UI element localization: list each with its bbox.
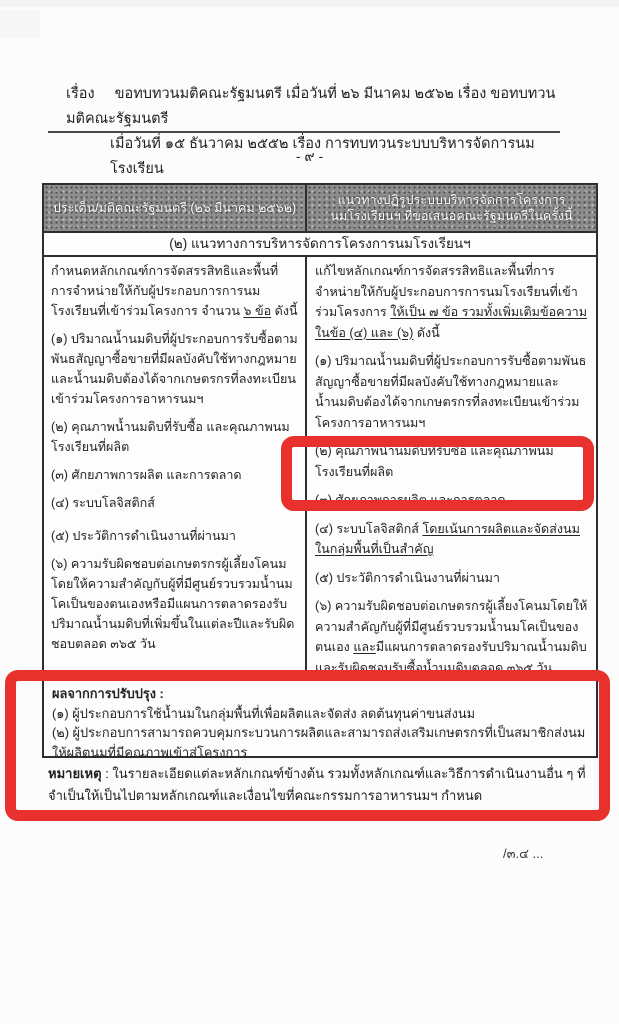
left-item-1: (๑) ปริมาณน้ำนมดิบที่ผู้ประกอบการรับซื้อ… — [51, 329, 298, 409]
left-item-4: (๔) ระบบโลจิสติกส์ — [51, 493, 298, 513]
right-item-2: (๒) คุณภาพน้ำนมดิบที่รับซื้อ และคุณภาพนม… — [315, 441, 589, 482]
table-section-title: (๒) แนวทางการบริหารจัดการโครงการนมโรงเรี… — [44, 233, 596, 257]
subject-line-1: เรื่อง ขอทบทวนมติคณะรัฐมนตรี เมื่อวันที่… — [66, 82, 566, 132]
right-item-6: (๖) ความรับผิดชอบต่อเกษตรกรผู้เลี้ยงโคนม… — [315, 596, 589, 678]
comparison-table: ประเด็น/มติคณะรัฐมนตรี (๒๖ มีนาคม ๒๕๖๒) … — [42, 183, 598, 758]
footnote-text: : ในรายละเอียดแต่ละหลักเกณฑ์ข้างต้น รวมท… — [48, 766, 586, 803]
result-item-2: (๒) ผู้ประกอบการสามารถควบคุมกระบวนการผลิ… — [52, 723, 588, 758]
page-number: - ๙ - — [0, 146, 619, 168]
scanned-document-page: เรื่อง ขอทบทวนมติคณะรัฐมนตรี เมื่อวันที่… — [0, 0, 619, 1024]
left-item-6: (๖) ความรับผิดชอบต่อเกษตรกรผู้เลี้ยงโคนม… — [51, 554, 298, 654]
result-item-1: (๑) ผู้ประกอบการใช้น้ำนมในกลุ่มพื้นที่เพ… — [52, 704, 588, 724]
table-body-row: กำหนดหลักเกณฑ์การจัดสรรสิทธิและพื้นที่กา… — [44, 257, 596, 679]
table-header-right-line2: นมโรงเรียนฯ ที่ขอเสนอคณะรัฐมนตรีในครั้งน… — [330, 208, 572, 224]
continuation-mark: /๓.๔ ... — [503, 843, 543, 864]
left-intro: กำหนดหลักเกณฑ์การจัดสรรสิทธิและพื้นที่กา… — [51, 261, 298, 321]
right-item-1: (๑) ปริมาณน้ำนมดิบที่ผู้ประกอบการรับซื้อ… — [315, 351, 589, 433]
right-item-3: (๓) ศักยภาพการผลิต และการตลาด — [315, 490, 589, 511]
scan-edge-band — [0, 0, 619, 7]
right-item-4: (๔) ระบบโลจิสติกส์ โดยเน้นการผลิตและจัดส… — [315, 519, 589, 560]
table-header-row: ประเด็น/มติคณะรัฐมนตรี (๒๖ มีนาคม ๒๕๖๒) … — [44, 185, 596, 233]
result-heading: ผลจากการปรับปรุง : — [52, 684, 588, 704]
footnote: หมายเหตุ : ในรายละเอียดแต่ละหลักเกณฑ์ข้า… — [48, 763, 590, 806]
table-result-row: ผลจากการปรับปรุง : (๑) ผู้ประกอบการใช้น้… — [44, 679, 596, 758]
subject-label: เรื่อง — [66, 82, 95, 107]
scan-corner-artifact — [0, 11, 40, 39]
subject-text-1: ขอทบทวนมติคณะรัฐมนตรี เมื่อวันที่ ๒๖ มีน… — [66, 86, 555, 127]
table-header-right: แนวทางปฏิรูประบบบริหารจัดการโครงการ นมโร… — [307, 185, 596, 231]
left-item-3: (๓) ศักยภาพการผลิต และการตลาด — [51, 465, 298, 485]
footnote-label: หมายเหตุ — [48, 766, 102, 781]
column-proposed-reform: แก้ไขหลักเกณฑ์การจัดสรรสิทธิและพื้นที่กา… — [307, 257, 596, 679]
right-item-5: (๕) ประวัติการดำเนินงานที่ผ่านมา — [315, 568, 589, 589]
right-intro: แก้ไขหลักเกณฑ์การจัดสรรสิทธิและพื้นที่กา… — [315, 261, 589, 343]
table-header-left: ประเด็น/มติคณะรัฐมนตรี (๒๖ มีนาคม ๒๕๖๒) — [44, 185, 307, 231]
column-resolution-2562: กำหนดหลักเกณฑ์การจัดสรรสิทธิและพื้นที่กา… — [44, 257, 307, 679]
left-item-5: (๕) ประวัติการดำเนินงานที่ผ่านมา — [51, 526, 298, 546]
subject-underline-rule — [48, 131, 560, 133]
left-item-2: (๒) คุณภาพน้ำนมดิบที่รับซื้อ และคุณภาพนม… — [51, 417, 298, 457]
table-header-right-line1: แนวทางปฏิรูประบบบริหารจัดการโครงการ — [338, 192, 566, 208]
